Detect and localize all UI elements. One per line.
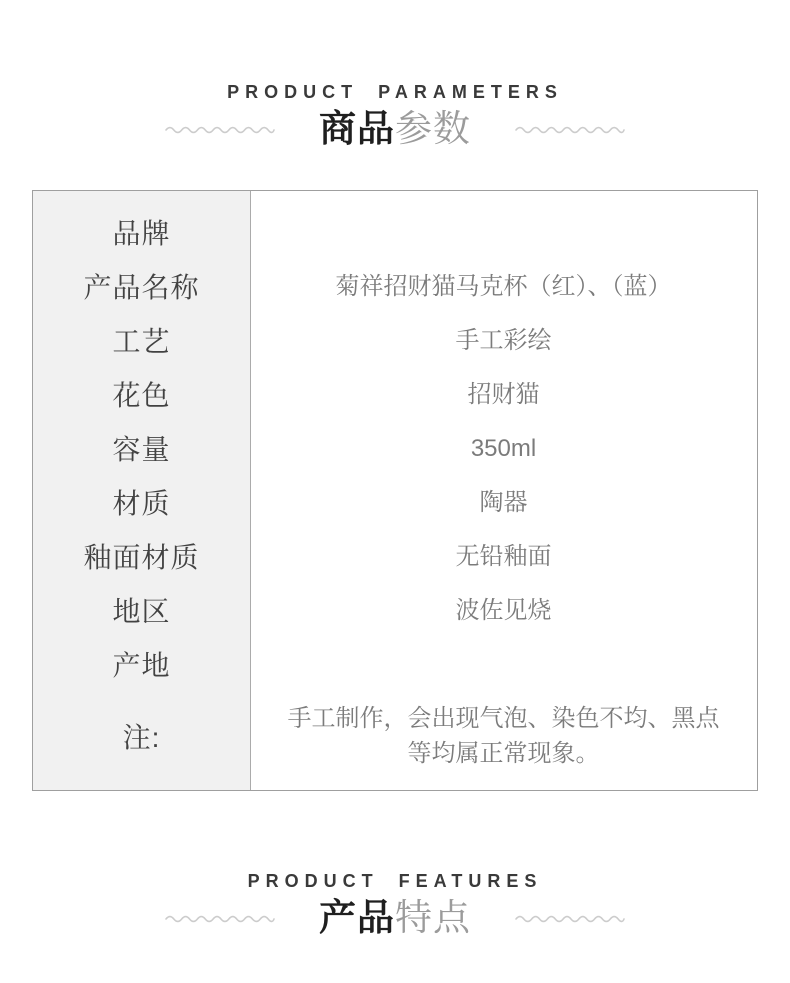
spec-value: 陶器 bbox=[250, 475, 757, 529]
features-title-row: 产品特点 bbox=[165, 898, 625, 938]
parameters-cjk-title: 商品参数 bbox=[319, 109, 471, 149]
spec-value bbox=[250, 637, 757, 691]
spec-row-brand: 品牌 bbox=[33, 205, 757, 259]
spec-label: 容量 bbox=[33, 421, 250, 475]
parameters-section-header: PRODUCT PARAMETERS 商品参数 bbox=[0, 0, 790, 149]
parameters-title-row: 商品参数 bbox=[165, 109, 625, 149]
spec-value bbox=[250, 205, 757, 259]
wave-divider-left-icon bbox=[165, 912, 275, 924]
spec-label: 产品名称 bbox=[33, 259, 250, 313]
spec-row-region: 地区 波佐见烧 bbox=[33, 583, 757, 637]
spec-label: 材质 bbox=[33, 475, 250, 529]
spec-row-capacity: 容量 350ml bbox=[33, 421, 757, 475]
product-detail-page: { "parameters_section": { "eng_title": "… bbox=[0, 0, 790, 983]
spec-row-product-name: 产品名称 菊祥招财猫马克杯（红）、（蓝） bbox=[33, 259, 757, 313]
spec-row-pattern: 花色 招财猫 bbox=[33, 367, 757, 421]
spec-label: 工艺 bbox=[33, 313, 250, 367]
spec-label: 花色 bbox=[33, 367, 250, 421]
features-cjk-title: 产品特点 bbox=[319, 898, 471, 938]
spec-value: 手工制作，会出现气泡、染色不均、黑点 等均属正常现象。 bbox=[250, 691, 757, 781]
spec-value: 招财猫 bbox=[250, 367, 757, 421]
spec-value: 波佐见烧 bbox=[250, 583, 757, 637]
spec-row-origin: 产地 bbox=[33, 637, 757, 691]
spec-row-material: 材质 陶器 bbox=[33, 475, 757, 529]
spec-value: 手工彩绘 bbox=[250, 313, 757, 367]
spec-row-glaze: 釉面材质 无铅釉面 bbox=[33, 529, 757, 583]
features-eng-title: PRODUCT FEATURES bbox=[248, 871, 543, 891]
spec-label: 品牌 bbox=[33, 205, 250, 259]
features-title-light: 特点 bbox=[395, 897, 471, 938]
parameters-title-bold: 商品 bbox=[319, 108, 395, 149]
wave-divider-right-icon bbox=[515, 912, 625, 924]
wave-divider-left-icon bbox=[165, 123, 275, 135]
features-section-header: PRODUCT FEATURES 产品特点 bbox=[0, 791, 790, 938]
spec-row-craft: 工艺 手工彩绘 bbox=[33, 313, 757, 367]
spec-table: 品牌 产品名称 菊祥招财猫马克杯（红）、（蓝） 工艺 手工彩绘 花色 招财猫 容… bbox=[32, 190, 758, 791]
spec-value: 无铅釉面 bbox=[250, 529, 757, 583]
spec-label: 釉面材质 bbox=[33, 529, 250, 583]
spec-value: 菊祥招财猫马克杯（红）、（蓝） bbox=[250, 259, 757, 313]
spec-value: 350ml bbox=[250, 421, 757, 475]
wave-divider-right-icon bbox=[515, 123, 625, 135]
spec-label: 产地 bbox=[33, 637, 250, 691]
parameters-eng-title: PRODUCT PARAMETERS bbox=[227, 82, 563, 102]
parameters-title-light: 参数 bbox=[395, 108, 471, 149]
features-title-bold: 产品 bbox=[319, 897, 395, 938]
spec-label: 注: bbox=[33, 691, 250, 781]
spec-row-note: 注: 手工制作，会出现气泡、染色不均、黑点 等均属正常现象。 bbox=[33, 691, 757, 781]
spec-label: 地区 bbox=[33, 583, 250, 637]
